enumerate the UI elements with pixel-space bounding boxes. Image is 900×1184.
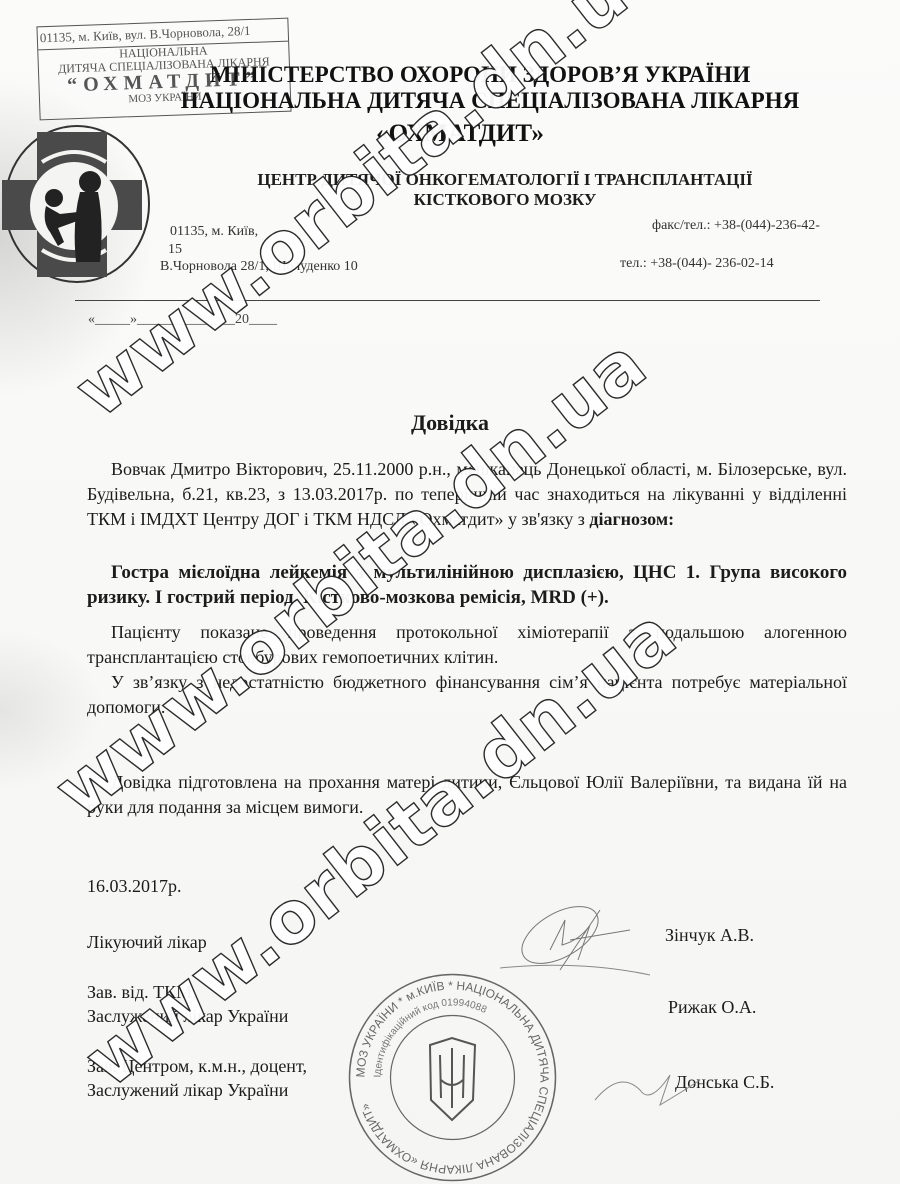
document-date: 16.03.2017р. — [87, 876, 182, 897]
signature-name-2: Рижак О.А. — [668, 997, 756, 1018]
diagnosis-label: діагнозом: — [589, 509, 674, 529]
patient-info: Вовчак Дмитро Вікторович, 25.11.2000 р.н… — [87, 459, 847, 529]
date-blank-field: «_____»______________20____ — [88, 312, 277, 328]
diagnosis-text: Гостра мієлоїдна лейкемія з мультилінійн… — [87, 560, 847, 610]
address-line2: 15 — [168, 242, 182, 258]
signature-role-2-line1: Зав. від. ТКМ, — [87, 980, 197, 1004]
ministry-heading: МІНІСТЕРСТВО ОХОРОНИ ЗДОРОВ’Я УКРАЇНИ — [150, 62, 810, 88]
hospital-logo-icon — [2, 122, 152, 284]
address-line1: 01135, м. Київ, — [170, 224, 258, 240]
document-title: Довідка — [0, 410, 900, 436]
signature-role-2-line2: Заслужений лікар України — [87, 1004, 288, 1028]
hospital-name: «ОХМАТДИТ» — [330, 120, 590, 148]
signature-scribble-1-icon — [500, 890, 660, 980]
center-name-line2: КІСТКОВОГО МОЗКУ — [200, 190, 810, 210]
center-name-line1: ЦЕНТР ДИТЯЧОЇ ОНКОГЕМАТОЛОГІЇ І ТРАНСПЛА… — [200, 170, 810, 190]
address-line3: В.Чорновола 28/1, Шолуденко 10 — [160, 259, 358, 275]
treatment-paragraph: Пацієнту показане проведення протокольно… — [87, 620, 847, 670]
signature-scribble-3-icon — [590, 1060, 710, 1120]
funding-paragraph: У зв’язку з недостатністю бюджетного фін… — [87, 670, 847, 720]
hospital-heading: НАЦІОНАЛЬНА ДИТЯЧА СПЕЦІАЛІЗОВАНА ЛІКАРН… — [150, 88, 830, 114]
round-official-stamp: МОЗ УКРАЇНИ * м.КИЇВ * НАЦІОНАЛЬНА ДИТЯЧ… — [345, 970, 560, 1184]
signature-role-3-line1: Зав. Центром, к.м.н., доцент, — [87, 1054, 307, 1078]
patient-paragraph: Вовчак Дмитро Вікторович, 25.11.2000 р.н… — [87, 457, 847, 532]
signature-role-1: Лікуючий лікар — [87, 930, 207, 954]
header-divider — [75, 300, 820, 301]
phone-number: тел.: +38-(044)- 236-02-14 — [620, 256, 774, 272]
issuance-paragraph: Довідка підготовлена на прохання матері … — [87, 770, 847, 820]
signature-name-1: Зінчук А.В. — [665, 925, 754, 946]
fax-number: факс/тел.: +38-(044)-236-42- — [652, 218, 820, 234]
signature-role-3-line2: Заслужений лікар України — [87, 1078, 288, 1102]
